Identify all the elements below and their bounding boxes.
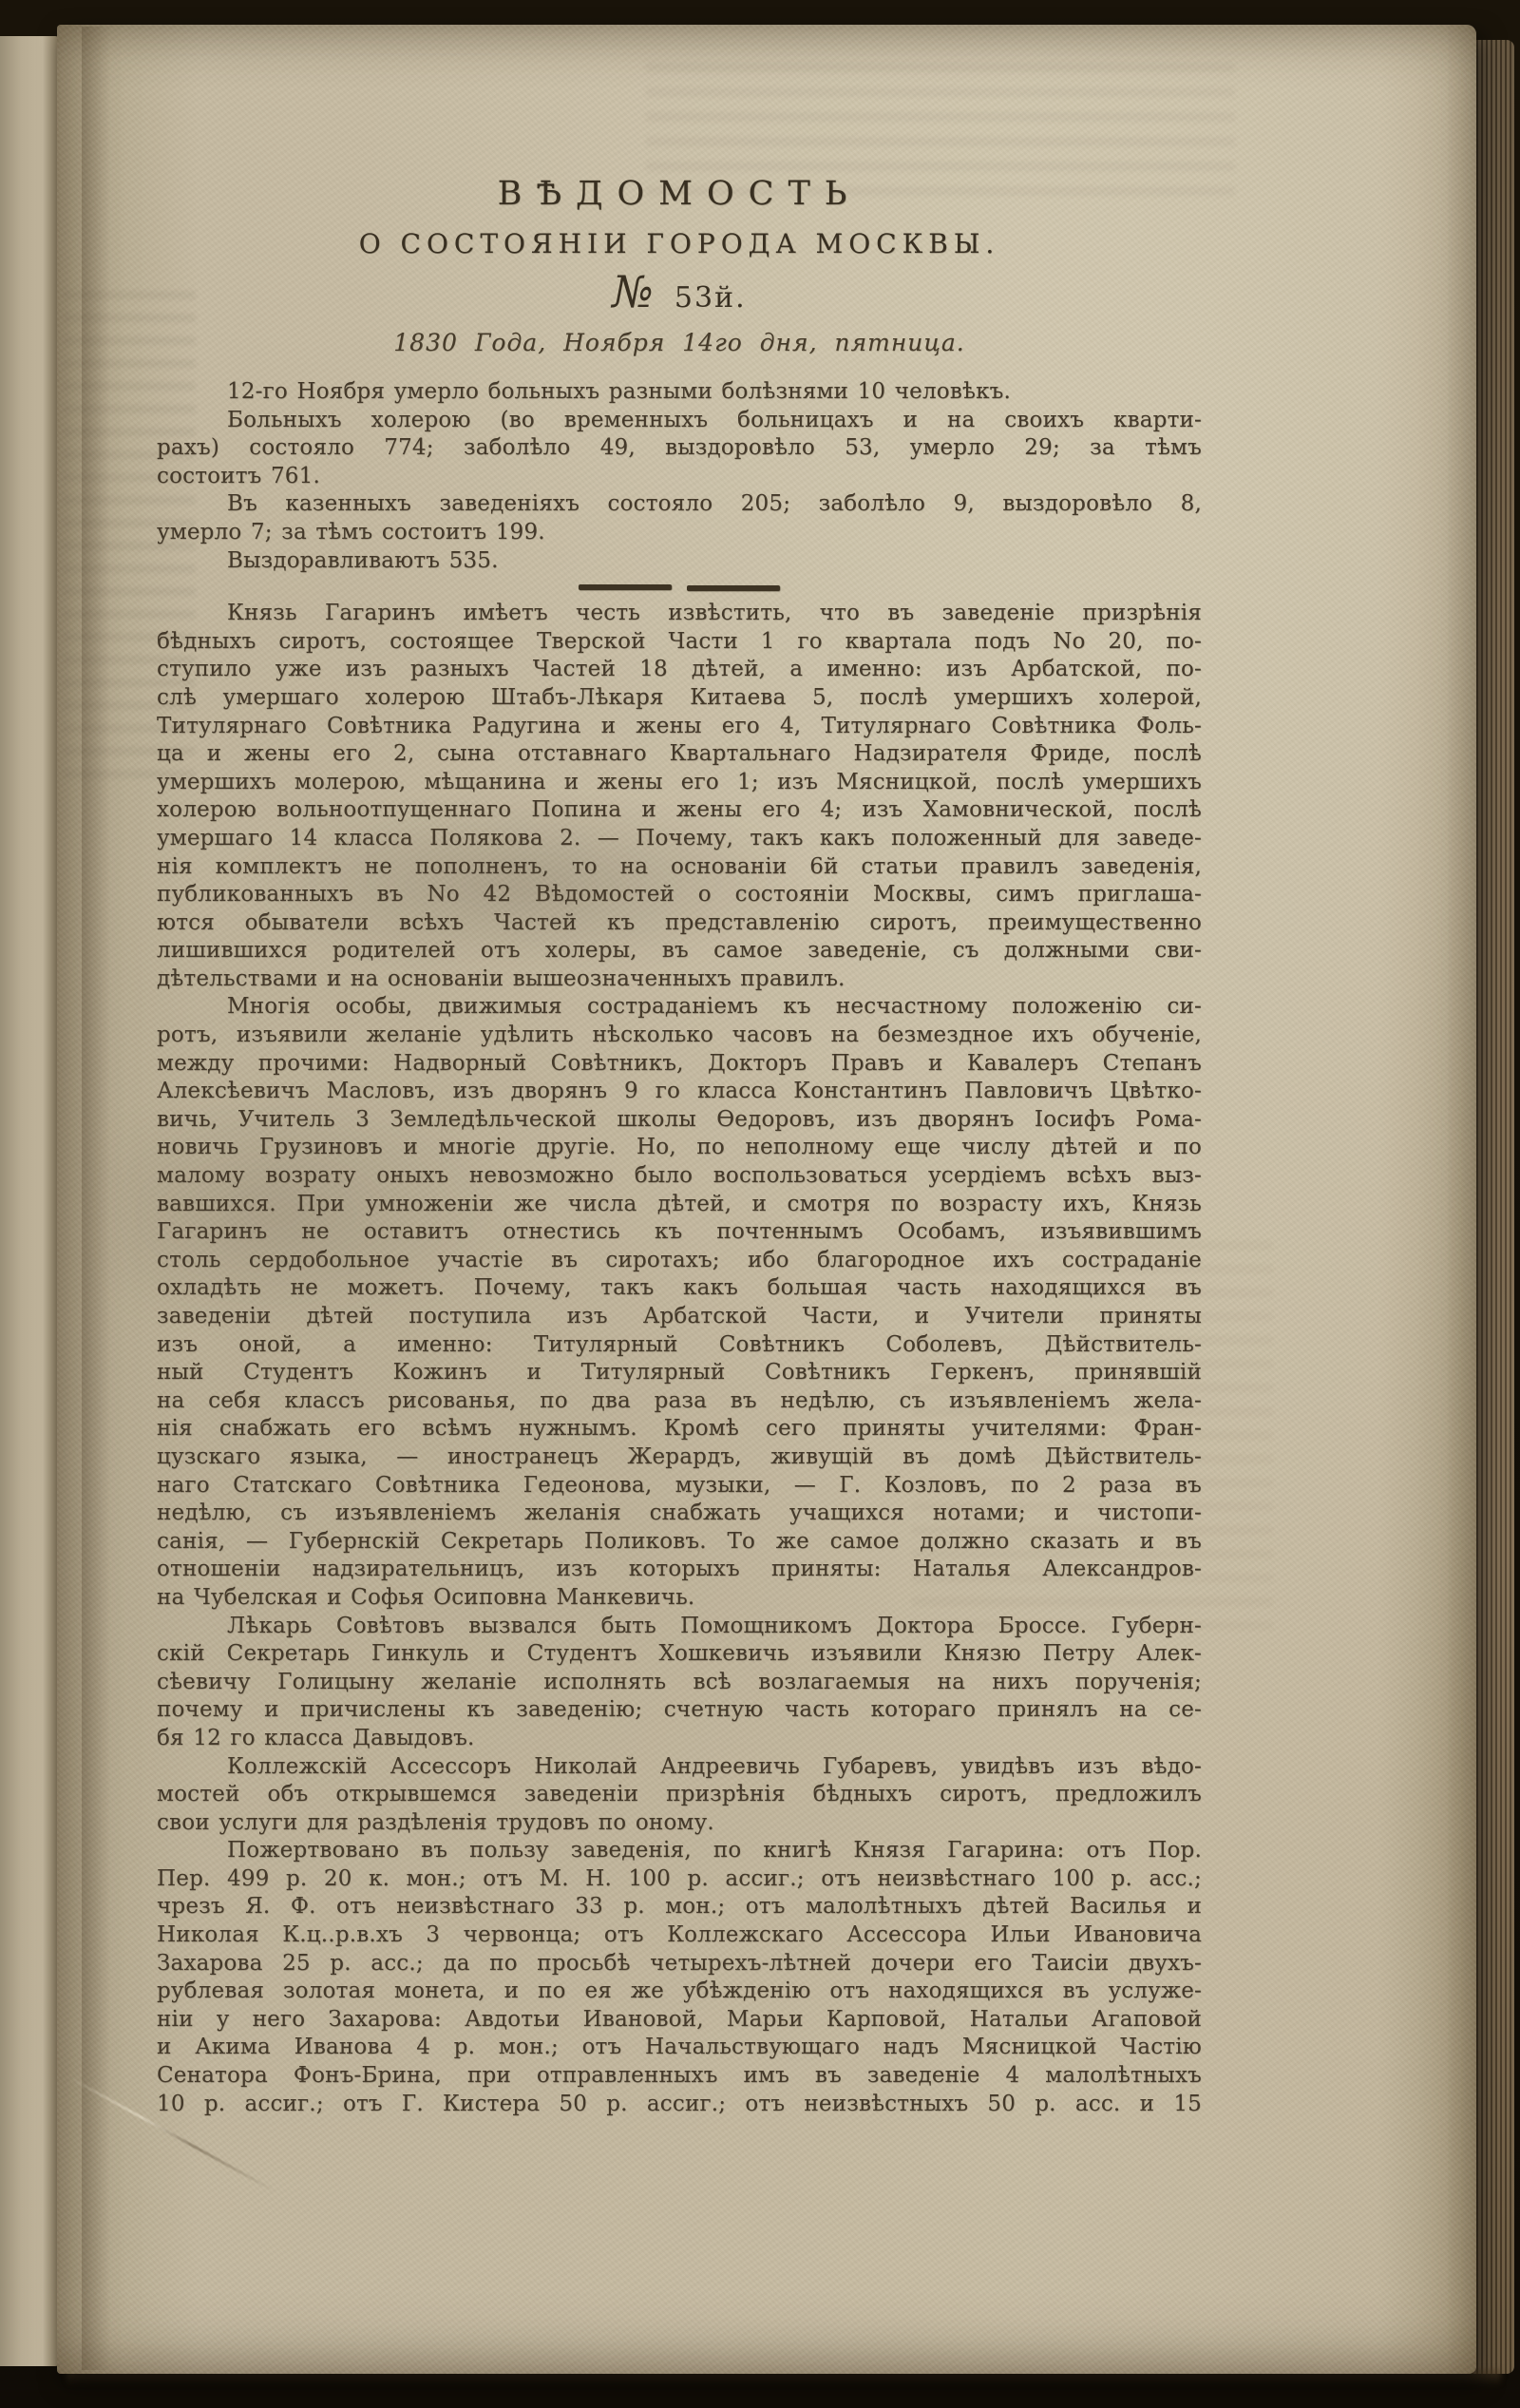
- text-line: умершаго 14 класса Полякова 2. — Почему,…: [157, 825, 1202, 853]
- text-line: ротъ, изъявили желаніе удѣлить нѣсколько…: [157, 1022, 1202, 1050]
- facing-page-edge: [0, 36, 61, 2366]
- text-line: отношеніи надзирательницъ, изъ которыхъ …: [157, 1556, 1202, 1584]
- health-bulletin-section: 12-го Ноября умерло больныхъ разными бол…: [157, 378, 1202, 575]
- numero-sign: №: [612, 266, 654, 317]
- text-line: бѣдныхъ сиротъ, состоящее Тверской Части…: [157, 628, 1202, 657]
- paragraph: 12-го Ноября умерло больныхъ разными бол…: [157, 378, 1202, 407]
- section-divider: [157, 583, 1202, 590]
- text-line: Сенатора Фонъ-Брина, при отправленныхъ и…: [157, 2062, 1202, 2091]
- text-line: рублевая золотая монета, и по ея же убѣж…: [157, 1978, 1202, 2006]
- text-line: 12-го Ноября умерло больныхъ разными бол…: [157, 378, 1202, 407]
- text-line: Титулярнаго Совѣтника Радугина и жены ег…: [157, 713, 1202, 741]
- text-line: ніи у него Захарова: Авдотьи Ивановой, М…: [157, 2006, 1202, 2035]
- text-line: Гагаринъ не оставитъ отнестись къ почтен…: [157, 1218, 1202, 1247]
- text-line: Захарова 25 р. асс.; да по просьбѣ четыр…: [157, 1950, 1202, 1978]
- text-line: скій Секретарь Гинкуль и Студентъ Хошкев…: [157, 1640, 1202, 1669]
- text-line: охладѣть не можетъ. Почему, такъ какъ бо…: [157, 1274, 1202, 1303]
- paragraph: Многія особы, движимыя состраданіемъ къ …: [157, 993, 1202, 1612]
- text-line: санія, — Губернскій Секретарь Поликовъ. …: [157, 1528, 1202, 1557]
- page-stack-edges: [1472, 40, 1514, 2374]
- text-line: Пожертвовано въ пользу заведенія, по кни…: [157, 1837, 1202, 1865]
- text-line: Алексѣевичъ Масловъ, изъ дворянъ 9 го кл…: [157, 1078, 1202, 1106]
- text-line: 10 р. ассиг.; отъ Г. Кистера 50 р. ассиг…: [157, 2091, 1202, 2119]
- paragraph: Пожертвовано въ пользу заведенія, по кни…: [157, 1837, 1202, 2118]
- text-line: вавшихся. При умноженіи же числа дѣтей, …: [157, 1191, 1202, 1219]
- text-line: на себя классъ рисованья, по два раза въ…: [157, 1387, 1202, 1416]
- binding-fold-shadow: [82, 27, 110, 2370]
- text-line: Въ казенныхъ заведеніяхъ состояло 205; з…: [157, 490, 1202, 519]
- dateline: 1830 Года, Ноября 14го дня, пятница.: [157, 329, 1202, 356]
- scanned-page-backdrop: ВѢДОМОСТЬ О СОСТОЯНІИ ГОРОДА МОСКВЫ. №53…: [0, 0, 1520, 2408]
- text-line: цузскаго языка, — иностранецъ Жерардъ, ж…: [157, 1443, 1202, 1472]
- text-line: рахъ) состояло 774; заболѣло 49, выздоро…: [157, 434, 1202, 463]
- paragraph: Коллежскій Ассессоръ Николай Андреевичь …: [157, 1753, 1202, 1838]
- text-line: малому возрату оныхъ невозможно было вос…: [157, 1162, 1202, 1191]
- text-line: на Чубелская и Софья Осиповна Манкевичь.: [157, 1584, 1202, 1613]
- text-line: Выздоравливаютъ 535.: [157, 547, 1202, 576]
- text-line: сѣевичу Голицыну желаніе исполнять всѣ в…: [157, 1669, 1202, 1697]
- text-line: дѣтельствами и на основаніи вышеозначенн…: [157, 965, 1202, 994]
- masthead-subtitle: О СОСТОЯНІИ ГОРОДА МОСКВЫ.: [157, 228, 1202, 259]
- paragraph: Князь Гагаринъ имѣетъ честь извѣстить, ч…: [157, 600, 1202, 993]
- text-line: слѣ умершаго холерою Штабъ-Лѣкаря Китаев…: [157, 684, 1202, 713]
- text-line: Николая К.ц..р.в.хъ 3 червонца; отъ Колл…: [157, 1921, 1202, 1950]
- text-line: между прочими: Надворный Совѣтникъ, Докт…: [157, 1050, 1202, 1079]
- text-line: изъ оной, а именно: Титулярный Совѣтникъ…: [157, 1331, 1202, 1360]
- text-line: ступило уже изъ разныхъ Частей 18 дѣтей,…: [157, 656, 1202, 684]
- text-line: Князь Гагаринъ имѣетъ честь извѣстить, ч…: [157, 600, 1202, 628]
- newspaper-page: ВѢДОМОСТЬ О СОСТОЯНІИ ГОРОДА МОСКВЫ. №53…: [57, 25, 1476, 2374]
- text-line: наго Статскаго Совѣтника Гедеонова, музы…: [157, 1472, 1202, 1500]
- text-line: нія снабжать его всѣмъ нужнымъ. Кромѣ се…: [157, 1415, 1202, 1443]
- text-line: столь сердобольное участіе въ сиротахъ; …: [157, 1247, 1202, 1275]
- text-line: Больныхъ холерою (во временныхъ больница…: [157, 407, 1202, 435]
- article-body: 12-го Ноября умерло больныхъ разными бол…: [157, 378, 1202, 2118]
- announcement-section: Князь Гагаринъ имѣетъ честь извѣстить, ч…: [157, 600, 1202, 2118]
- text-line: состоитъ 761.: [157, 463, 1202, 491]
- text-line: ются обыватели всѣхъ Частей къ представл…: [157, 909, 1202, 938]
- text-line: Коллежскій Ассессоръ Николай Андреевичь …: [157, 1753, 1202, 1782]
- text-line: чрезъ Я. Ф. отъ неизвѣстнаго 33 р. мон.;…: [157, 1893, 1202, 1921]
- paragraph: Лѣкарь Совѣтовъ вызвался быть Помощником…: [157, 1613, 1202, 1753]
- issue-number: 53й.: [674, 281, 747, 315]
- text-line: публикованныхъ въ No 42 Вѣдомостей о сос…: [157, 881, 1202, 909]
- text-line: Лѣкарь Совѣтовъ вызвался быть Помощником…: [157, 1613, 1202, 1641]
- text-line: недѣлю, съ изъявленіемъ желанія снабжать…: [157, 1500, 1202, 1528]
- text-line: Пер. 499 р. 20 к. мон.; отъ М. Н. 100 р.…: [157, 1865, 1202, 1894]
- text-line: холерою вольноотпущеннаго Попина и жены …: [157, 796, 1202, 825]
- masthead-title: ВѢДОМОСТЬ: [157, 175, 1202, 213]
- text-line: свои услуги для раздѣленія трудовъ по он…: [157, 1809, 1202, 1838]
- text-line: лишившихся родителей отъ холеры, въ само…: [157, 937, 1202, 965]
- paragraph: Выздоравливаютъ 535.: [157, 547, 1202, 576]
- paragraph: Въ казенныхъ заведеніяхъ состояло 205; з…: [157, 490, 1202, 546]
- text-line: ный Студентъ Кожинъ и Титулярный Совѣтни…: [157, 1359, 1202, 1387]
- text-line: почему и причислены къ заведенію; счетну…: [157, 1696, 1202, 1725]
- text-line: вичь, Учитель 3 Земледѣльческой школы Ѳе…: [157, 1106, 1202, 1135]
- text-line: нія комплектъ не пополненъ, то на основа…: [157, 853, 1202, 882]
- text-line: умершихъ молерою, мѣщанина и жены его 1;…: [157, 769, 1202, 797]
- text-line: заведеніи дѣтей поступила изъ Арбатской …: [157, 1303, 1202, 1331]
- text-line: бя 12 го класса Давыдовъ.: [157, 1725, 1202, 1753]
- text-line: ца и жены его 2, сына отставнаго Квартал…: [157, 740, 1202, 769]
- text-line: и Акима Иванова 4 р. мон.; отъ Начальств…: [157, 2034, 1202, 2062]
- divider-bar: [687, 585, 780, 591]
- text-line: мостей объ открывшемся заведеніи призрѣн…: [157, 1781, 1202, 1809]
- text-line: новичь Грузиновъ и многіе другіе. Но, по…: [157, 1134, 1202, 1162]
- paragraph: Больныхъ холерою (во временныхъ больница…: [157, 407, 1202, 491]
- issue-number-line: №53й.: [157, 266, 1202, 317]
- text-line: Многія особы, движимыя состраданіемъ къ …: [157, 993, 1202, 1022]
- divider-bar: [579, 584, 672, 590]
- text-line: умерло 7; за тѣмъ состоитъ 199.: [157, 519, 1202, 547]
